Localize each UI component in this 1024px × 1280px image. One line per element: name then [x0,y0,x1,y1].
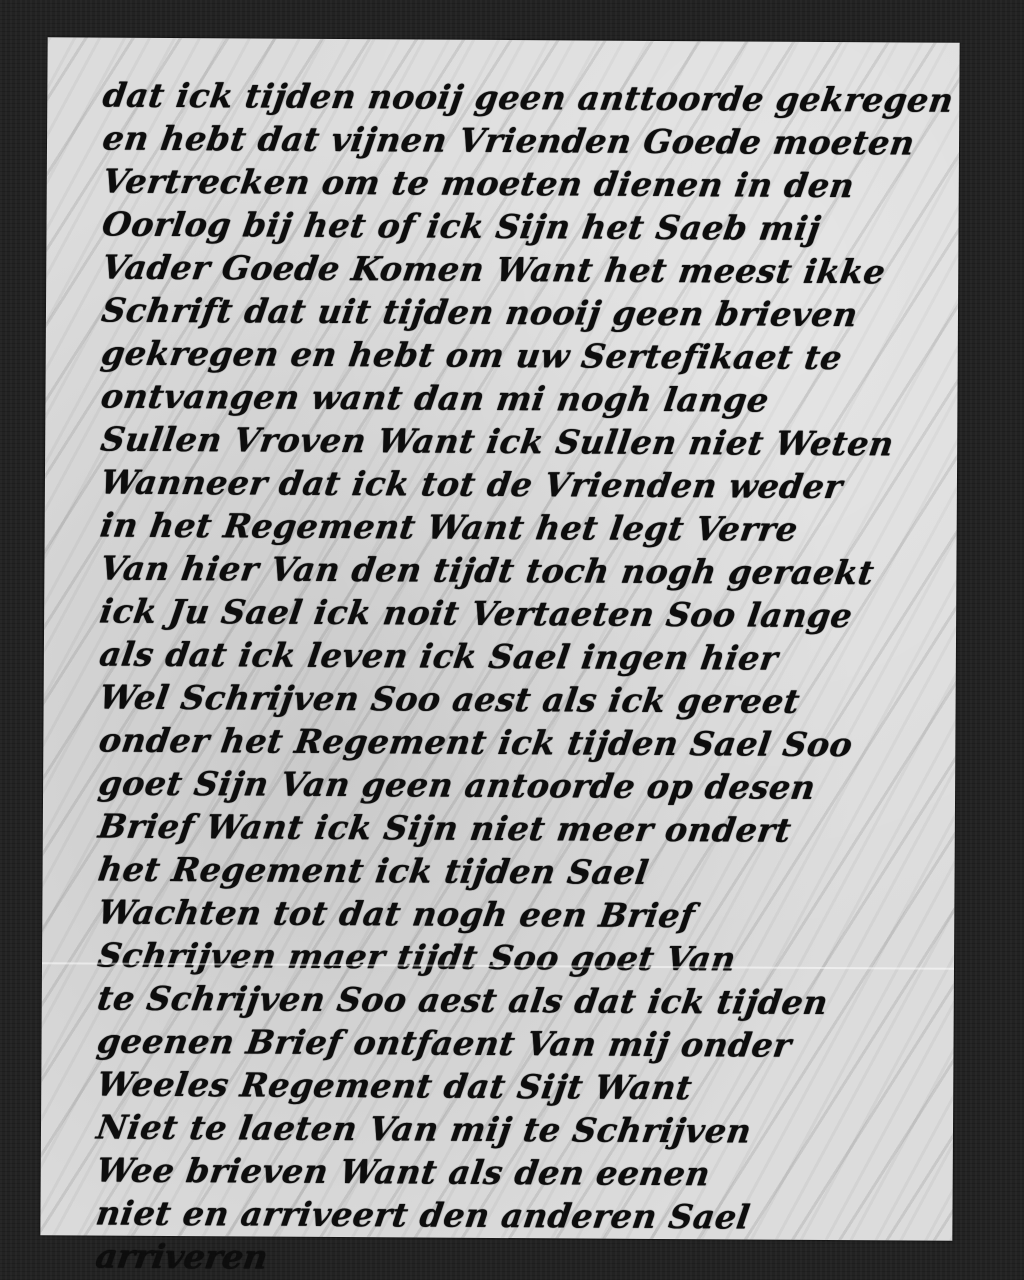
text-line: arriveren [93,1235,935,1280]
handwritten-text: dat ick tijden nooij geen anttoorde gekr… [96,74,939,1280]
text-line: Niet te laeten Van mij te Schrijven [94,1106,936,1154]
text-line: niet en arriveert den anderen Sael [93,1192,935,1240]
text-line: als dat ick leven ick Sael ingen hier [97,633,939,681]
text-line: Schrijven maer tijdt Soo goet Van [95,934,937,982]
text-line: Wel Schrijven Soo aest als ick gereet [96,676,938,724]
text-line: Wachten tot dat nogh een Brief [95,891,937,939]
text-line: te Schrijven Soo aest als dat ick tijden [95,977,937,1025]
text-line: Oorlog bij het of ick Sijn het Saeb mij [99,203,941,251]
text-line: Wee brieven Want als den eenen [94,1149,936,1197]
text-line: gekregen en hebt om uw Sertefikaet te [99,332,941,380]
text-line: Brief Want ick Sijn niet meer ondert [96,805,938,853]
text-line: en hebt dat vijnen Vrienden Goede moeten [100,117,942,165]
text-line: Vertrecken om te moeten dienen in den [100,160,942,208]
text-line: Schrift dat uit tijden nooij geen brieve… [99,289,941,337]
text-line: dat ick tijden nooij geen anttoorde gekr… [100,74,942,122]
text-line: Wanneer dat ick tot de Vrienden weder [98,461,940,509]
text-line: Weeles Regement dat Sijt Want [94,1063,936,1111]
text-line: ick Ju Sael ick noit Vertaeten Soo lange [97,590,939,638]
text-line: Sullen Vroven Want ick Sullen niet Weten [98,418,940,466]
text-line: in het Regement Want het legt Verre [98,504,940,552]
letter-page: dat ick tijden nooij geen anttoorde gekr… [40,37,959,1241]
text-line: Vader Goede Komen Want het meest ikke [99,246,941,294]
text-line: onder het Regement ick tijden Sael Soo [96,719,938,767]
text-line: geenen Brief ontfaent Van mij onder [94,1020,936,1068]
text-line: ontvangen want dan mi nogh lange [98,375,940,423]
text-line: het Regement ick tijden Sael [95,848,937,896]
text-line: Van hier Van den tijdt toch nogh geraekt [97,547,939,595]
text-line: goet Sijn Van geen antoorde op desen [96,762,938,810]
